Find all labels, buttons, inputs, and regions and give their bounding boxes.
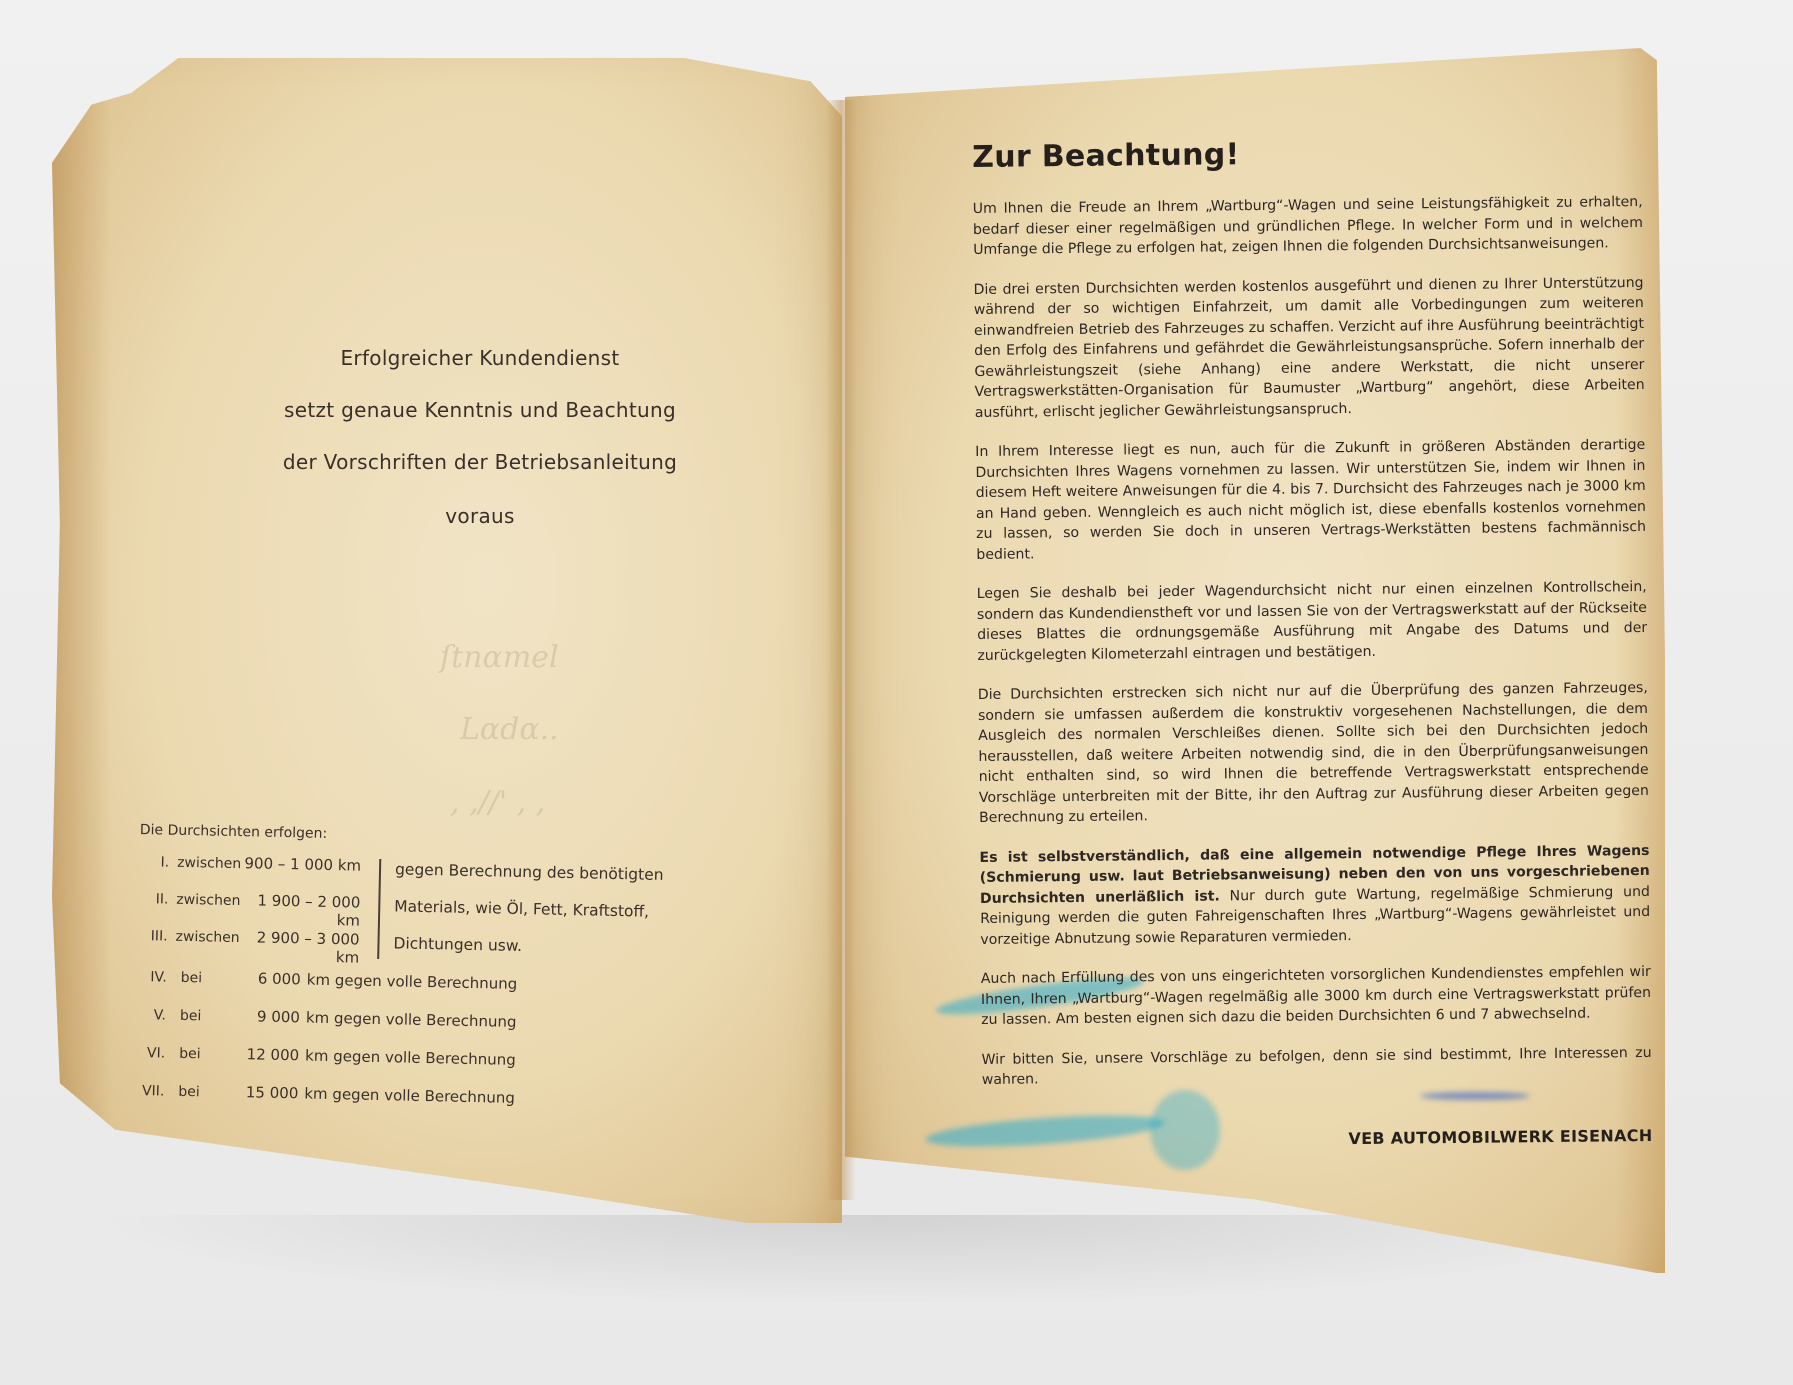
inspection-word: bei xyxy=(179,1046,229,1063)
paragraph: Die drei ersten Durchsichten werden kost… xyxy=(973,272,1644,423)
inspection-word: zwischen xyxy=(175,929,237,946)
inspection-word: bei xyxy=(180,1008,230,1025)
notice-content: Zur Beachtung! Um Ihnen die Freude an Ih… xyxy=(972,133,1653,1151)
inspection-note: km gegen volle Berechnung xyxy=(306,1009,517,1031)
paragraph: Legen Sie deshalb bei jeder Wagendurchsi… xyxy=(977,577,1648,666)
inspection-km: 12 000 xyxy=(229,1045,299,1064)
inspection-number: IV. xyxy=(137,969,167,986)
motto-line: setzt genaue Kenntnis und Beachtung xyxy=(240,398,720,422)
pencil-marks: ſtnɑmel xyxy=(440,640,559,675)
pencil-marks: , ,//' , , xyxy=(450,785,545,820)
free-inspections-note: gegen Berechnung des benötigten Material… xyxy=(377,859,725,966)
inspection-word: zwischen xyxy=(176,892,238,909)
inspection-number: VI. xyxy=(135,1045,165,1062)
paragraph: Auch nach Erfüllung des von uns eingeric… xyxy=(981,962,1652,1031)
inspection-km: 6 000 xyxy=(231,969,301,988)
inspection-schedule: Die Durchsichten erfolgen: I. zwischen 9… xyxy=(134,822,700,1131)
inspection-note: km gegen volle Berechnung xyxy=(305,1047,516,1069)
inspection-range: 2 900 – 3 000 km xyxy=(237,928,360,967)
paid-inspections: IV. bei 6 000 km gegen volle Berechnung … xyxy=(134,967,697,1131)
inspection-note: km gegen volle Berechnung xyxy=(307,971,518,993)
motto-line: voraus xyxy=(240,504,720,528)
motto-line: Erfolgreicher Kundendienst xyxy=(240,346,720,370)
inspection-number: II. xyxy=(138,891,168,908)
paragraph: In Ihrem Interesse liegt es nun, auch fü… xyxy=(975,435,1646,565)
inspection-word: bei xyxy=(181,970,231,987)
inspection-number: I. xyxy=(139,854,169,871)
free-inspections: I. zwischen 900 – 1 000 km II. zwischen … xyxy=(137,852,699,975)
inspection-range: 1 900 – 2 000 km xyxy=(238,891,361,930)
inspection-word: bei xyxy=(178,1084,228,1101)
note-line: Dichtungen usw. xyxy=(393,933,724,977)
inspection-note: km gegen volle Berechnung xyxy=(304,1085,515,1107)
page-title: Zur Beachtung! xyxy=(972,133,1642,175)
pencil-marks: Lɑdɑ.. xyxy=(460,712,559,747)
paragraph: Die Durchsichten erstrecken sich nicht n… xyxy=(978,678,1649,829)
paragraph: Um Ihnen die Freude an Ihrem „Wartburg“-… xyxy=(973,192,1644,261)
paragraph: Wir bitten Sie, unsere Vorschläge zu bef… xyxy=(982,1042,1652,1090)
emphasis-paragraph: Es ist selbstverständlich, daß eine allg… xyxy=(979,840,1650,950)
inspection-word: zwischen xyxy=(177,855,239,872)
book-spine xyxy=(826,100,856,1200)
inspection-number: V. xyxy=(136,1007,166,1024)
inspection-km: 9 000 xyxy=(230,1007,300,1026)
inspection-number: III. xyxy=(137,928,167,945)
inspection-range: 900 – 1 000 km xyxy=(239,854,361,875)
inspection-km: 15 000 xyxy=(228,1083,298,1102)
motto-line: der Vorschriften der Betriebsanleitung xyxy=(240,450,720,474)
inspection-number: VII. xyxy=(134,1083,164,1100)
